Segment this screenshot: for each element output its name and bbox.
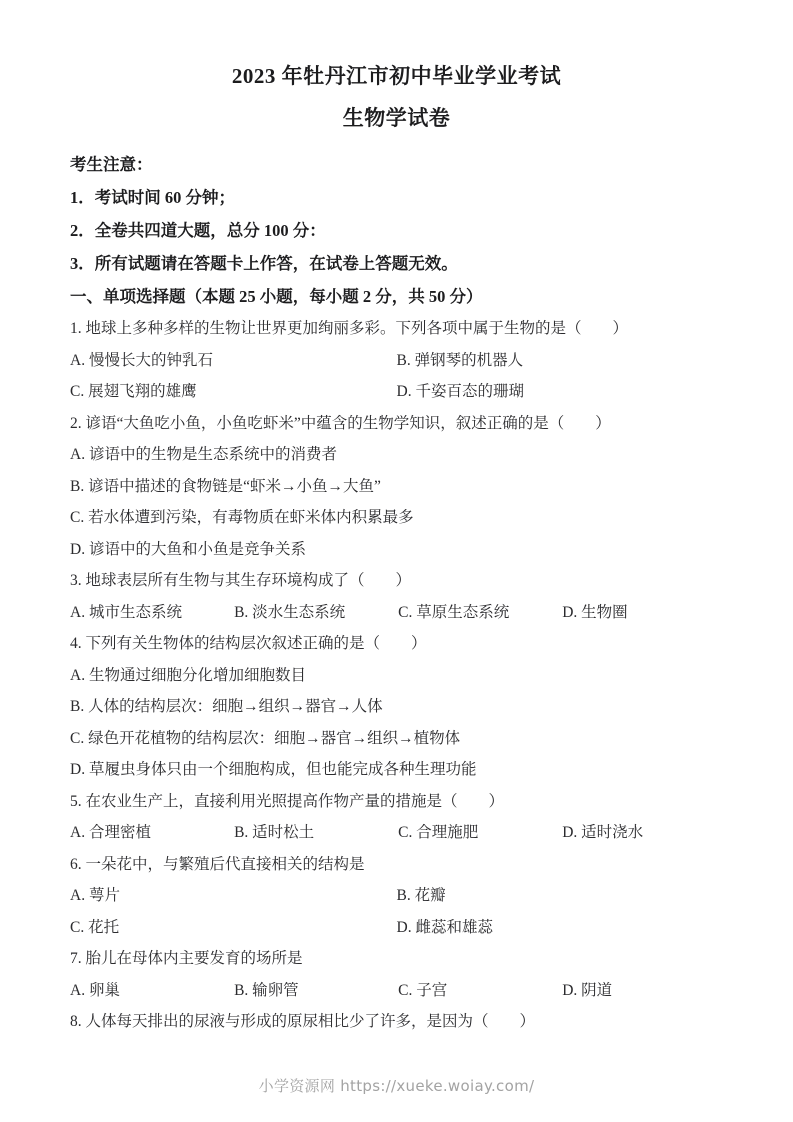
option-d: D. 千姿百态的珊瑚 — [397, 376, 724, 408]
question-2: 2. 谚语“大鱼吃小鱼，小鱼吃虾米”中蕴含的生物学知识，叙述正确的是（ ） A.… — [70, 408, 723, 566]
question-3: 3. 地球表层所有生物与其生存环境构成了（ ） A. 城市生态系统 B. 淡水生… — [70, 565, 723, 628]
watermark-footer: 小学资源网 https://xueke.woiay.com/ — [0, 1075, 793, 1096]
option-d: D. 谚语中的大鱼和小鱼是竞争关系 — [70, 534, 723, 566]
question-4-options: A. 生物通过细胞分化增加细胞数目 B. 人体的结构层次：细胞→组织→器官→人体… — [70, 660, 723, 786]
question-1-stem: 1. 地球上多种多样的生物让世界更加绚丽多彩。下列各项中属于生物的是（ ） — [70, 313, 723, 345]
question-5: 5. 在农业生产上，直接利用光照提高作物产量的措施是（ ） A. 合理密植 B.… — [70, 786, 723, 849]
notice-item-1: 1．考试时间 60 分钟； — [70, 181, 723, 214]
option-c: C. 子宫 — [398, 975, 562, 1007]
option-a: A. 城市生态系统 — [70, 597, 234, 629]
question-5-options: A. 合理密植 B. 适时松土 C. 合理施肥 D. 适时浇水 — [70, 817, 723, 849]
option-d: D. 草履虫身体只由一个细胞构成，但也能完成各种生理功能 — [70, 754, 723, 786]
question-6-options: A. 萼片 B. 花瓣 C. 花托 D. 雌蕊和雄蕊 — [70, 880, 723, 943]
question-4: 4. 下列有关生物体的结构层次叙述正确的是（ ） A. 生物通过细胞分化增加细胞… — [70, 628, 723, 786]
exam-title: 2023 年牡丹江市初中毕业学业考试 — [70, 64, 723, 88]
option-a: A. 合理密植 — [70, 817, 234, 849]
option-a: A. 生物通过细胞分化增加细胞数目 — [70, 660, 723, 692]
option-a: A. 慢慢长大的钟乳石 — [70, 345, 397, 377]
question-7-stem: 7. 胎儿在母体内主要发育的场所是 — [70, 943, 723, 975]
option-d: D. 适时浇水 — [562, 817, 723, 849]
question-5-stem: 5. 在农业生产上，直接利用光照提高作物产量的措施是（ ） — [70, 786, 723, 818]
option-c: C. 草原生态系统 — [398, 597, 562, 629]
option-b: B. 弹钢琴的机器人 — [397, 345, 724, 377]
question-4-stem: 4. 下列有关生物体的结构层次叙述正确的是（ ） — [70, 628, 723, 660]
question-1-options: A. 慢慢长大的钟乳石 B. 弹钢琴的机器人 C. 展翅飞翔的雄鹰 D. 千姿百… — [70, 345, 723, 408]
option-b: B. 人体的结构层次：细胞→组织→器官→人体 — [70, 691, 723, 723]
question-6-stem: 6. 一朵花中，与繁殖后代直接相关的结构是 — [70, 849, 723, 881]
question-2-stem: 2. 谚语“大鱼吃小鱼，小鱼吃虾米”中蕴含的生物学知识，叙述正确的是（ ） — [70, 408, 723, 440]
option-a: A. 谚语中的生物是生态系统中的消费者 — [70, 439, 723, 471]
option-d: D. 生物圈 — [562, 597, 723, 629]
option-b: B. 适时松土 — [234, 817, 398, 849]
notice-heading: 考生注意： — [70, 148, 723, 181]
option-c: C. 花托 — [70, 912, 397, 944]
option-b: B. 输卵管 — [234, 975, 398, 1007]
exam-subtitle: 生物学试卷 — [70, 106, 723, 130]
option-a: A. 萼片 — [70, 880, 397, 912]
option-c: C. 合理施肥 — [398, 817, 562, 849]
exam-page: 2023 年牡丹江市初中毕业学业考试 生物学试卷 考生注意： 1．考试时间 60… — [0, 0, 793, 1122]
option-c: C. 展翅飞翔的雄鹰 — [70, 376, 397, 408]
question-8: 8. 人体每天排出的尿液与形成的原尿相比少了许多，是因为（ ） — [70, 1006, 723, 1038]
option-b: B. 谚语中描述的食物链是“虾米→小鱼→大鱼” — [70, 471, 723, 503]
question-8-stem: 8. 人体每天排出的尿液与形成的原尿相比少了许多，是因为（ ） — [70, 1006, 723, 1038]
question-7: 7. 胎儿在母体内主要发育的场所是 A. 卵巢 B. 输卵管 C. 子宫 D. … — [70, 943, 723, 1006]
option-b: B. 花瓣 — [397, 880, 724, 912]
question-3-options: A. 城市生态系统 B. 淡水生态系统 C. 草原生态系统 D. 生物圈 — [70, 597, 723, 629]
option-b: B. 淡水生态系统 — [234, 597, 398, 629]
question-2-options: A. 谚语中的生物是生态系统中的消费者 B. 谚语中描述的食物链是“虾米→小鱼→… — [70, 439, 723, 565]
option-d: D. 雌蕊和雄蕊 — [397, 912, 724, 944]
option-c: C. 若水体遭到污染，有毒物质在虾米体内积累最多 — [70, 502, 723, 534]
option-a: A. 卵巢 — [70, 975, 234, 1007]
question-6: 6. 一朵花中，与繁殖后代直接相关的结构是 A. 萼片 B. 花瓣 C. 花托 … — [70, 849, 723, 944]
question-1: 1. 地球上多种多样的生物让世界更加绚丽多彩。下列各项中属于生物的是（ ） A.… — [70, 313, 723, 408]
question-7-options: A. 卵巢 B. 输卵管 C. 子宫 D. 阴道 — [70, 975, 723, 1007]
section-heading: 一、单项选择题（本题 25 小题，每小题 2 分，共 50 分） — [70, 280, 723, 313]
option-c: C. 绿色开花植物的结构层次：细胞→器官→组织→植物体 — [70, 723, 723, 755]
notice-item-2: 2．全卷共四道大题，总分 100 分： — [70, 214, 723, 247]
option-d: D. 阴道 — [562, 975, 723, 1007]
question-3-stem: 3. 地球表层所有生物与其生存环境构成了（ ） — [70, 565, 723, 597]
notice-item-3: 3．所有试题请在答题卡上作答，在试卷上答题无效。 — [70, 247, 723, 280]
